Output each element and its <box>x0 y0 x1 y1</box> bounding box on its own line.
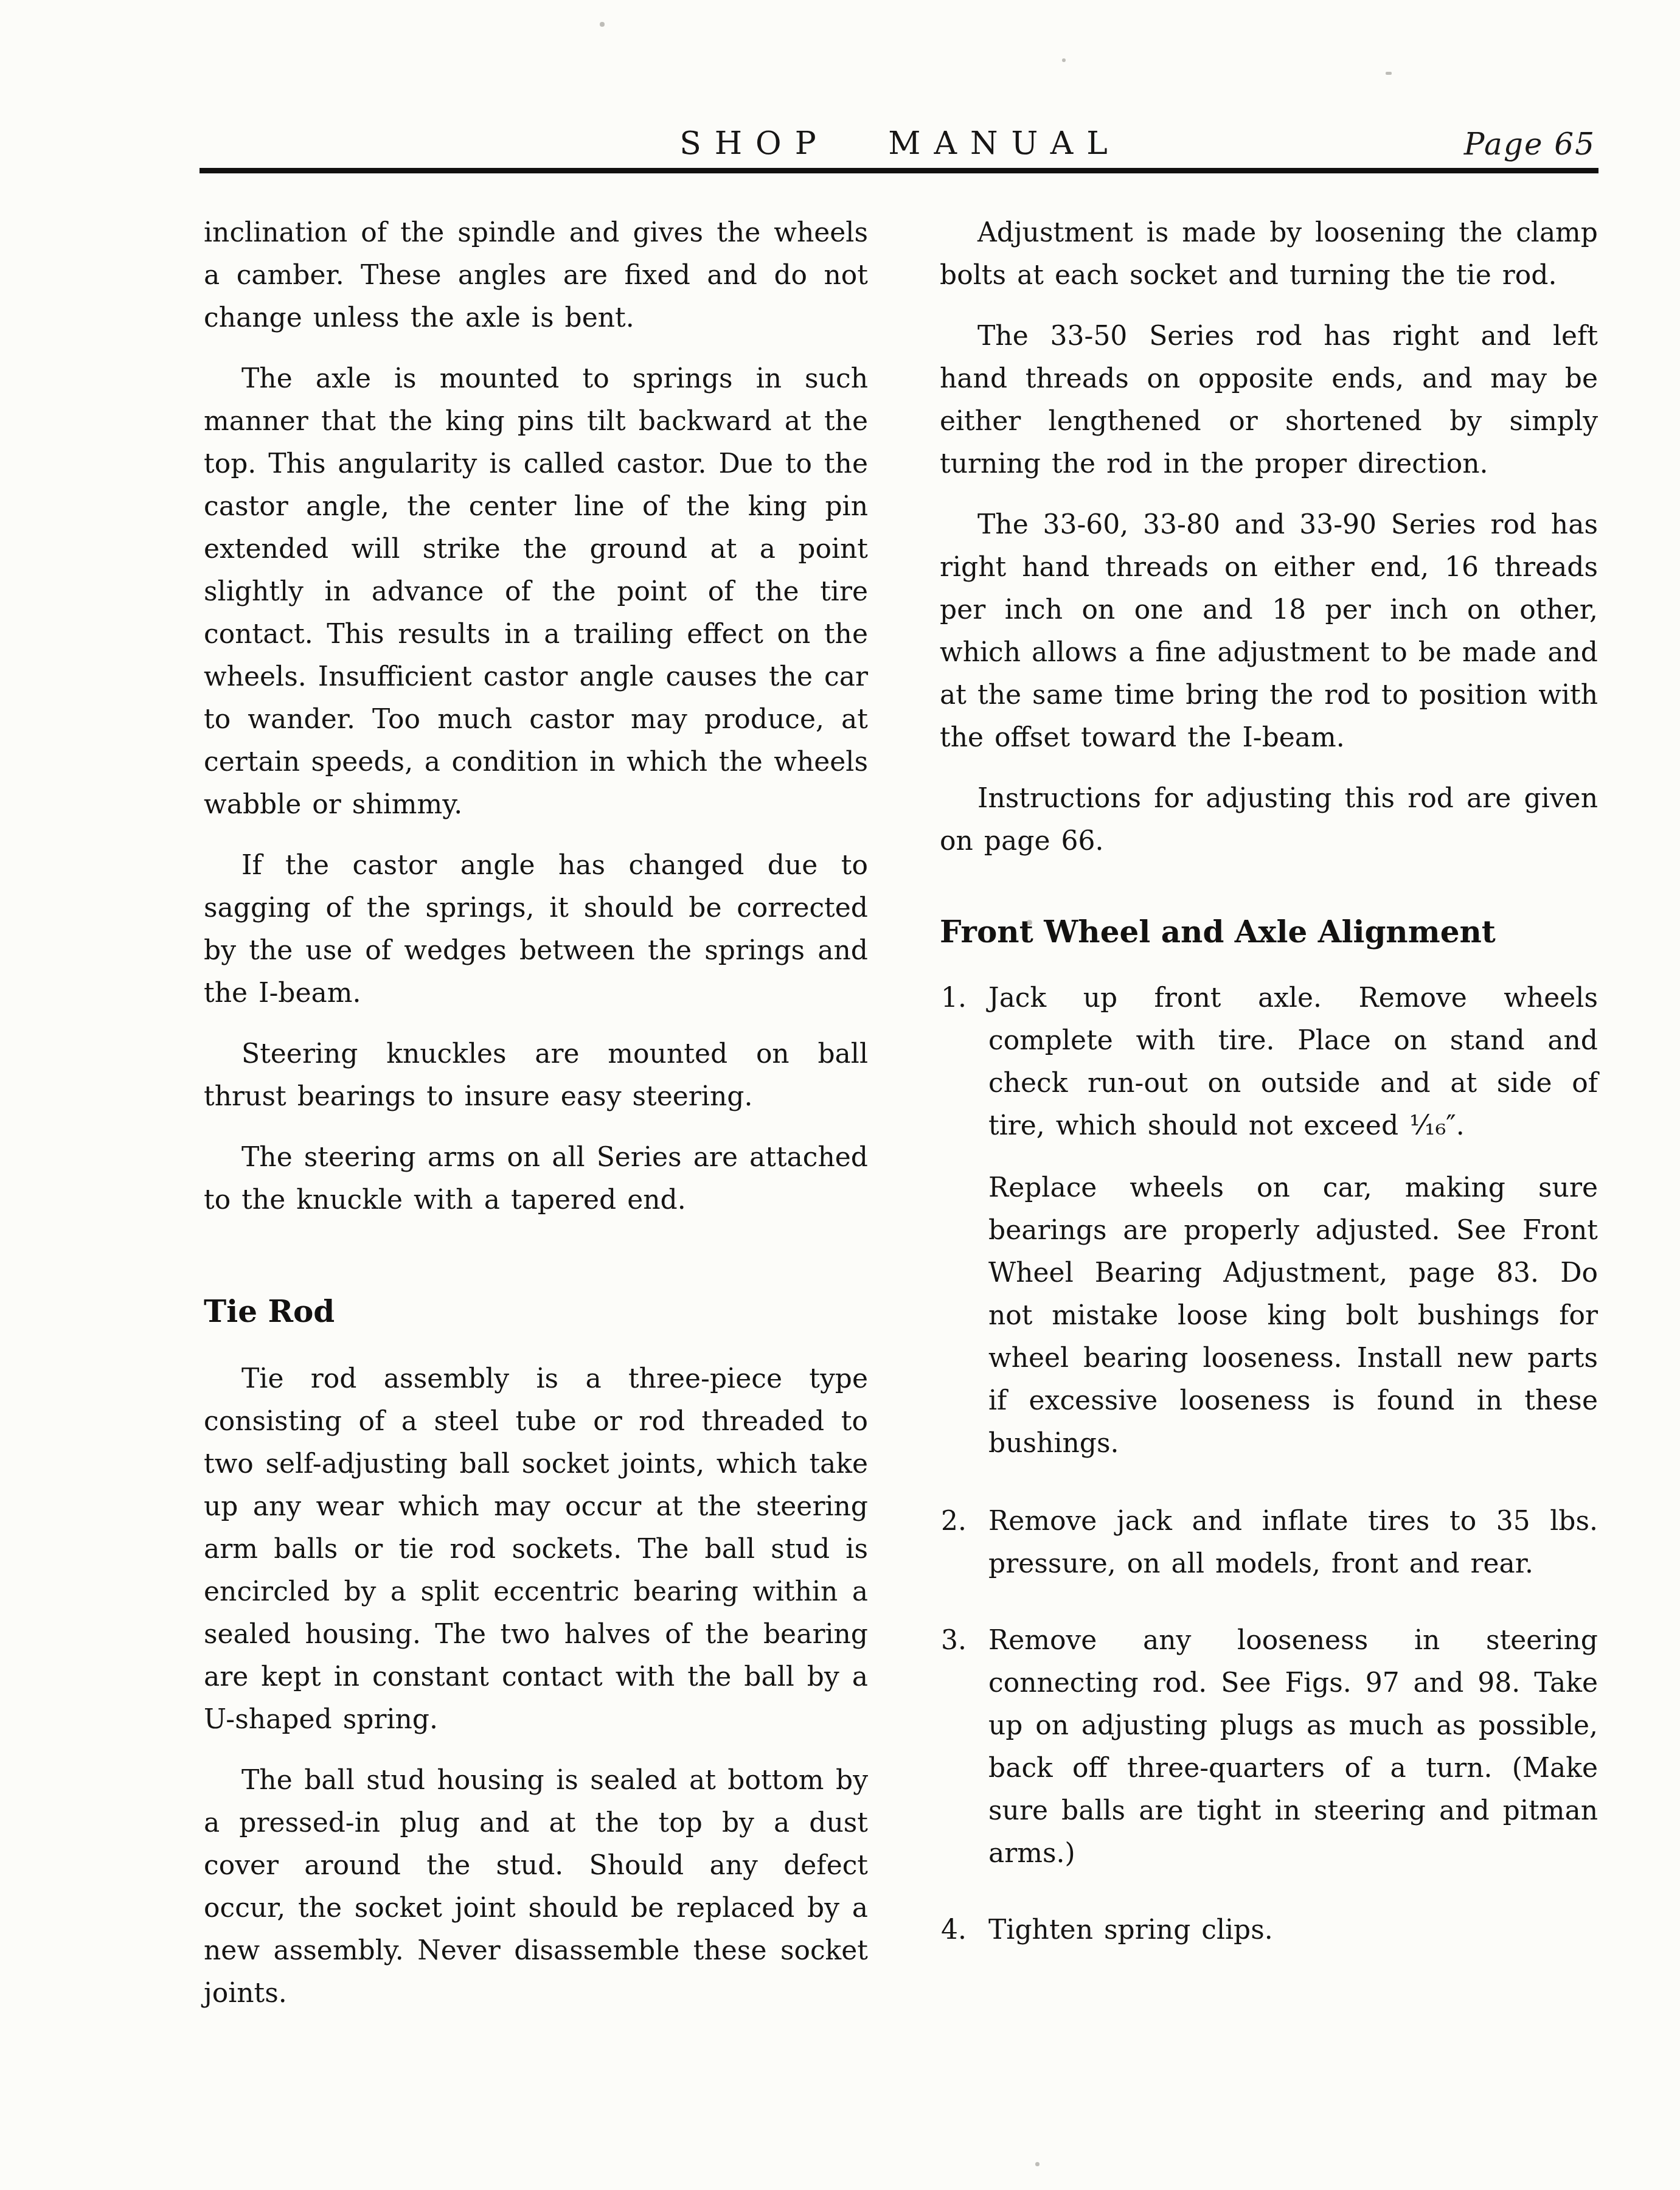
paragraph-3350-series: The 33-50 Series rod has right and left … <box>940 315 1598 485</box>
paragraph-3360-series: The 33-60, 33-80 and 33-90 Series rod ha… <box>940 504 1598 759</box>
list-item-number: 3. <box>941 1619 967 1662</box>
list-item-text: Remove jack and inflate tires to 35 lbs.… <box>988 1506 1598 1579</box>
section-heading-tie-rod: Tie Rod <box>204 1292 868 1331</box>
page-header: SHOP MANUAL Page 65 <box>204 125 1597 174</box>
scanned-manual-page: SHOP MANUAL Page 65 inclination of the s… <box>0 0 1680 2190</box>
page-title: SHOP MANUAL <box>204 125 1597 162</box>
list-item-text: Tighten spring clips. <box>988 1914 1273 1945</box>
paragraph-adjustment: Adjustment is made by loosening the clam… <box>940 212 1598 297</box>
page-number: Page 65 <box>1464 127 1595 162</box>
list-item-text: Replace wheels on car, making sure beari… <box>988 1172 1598 1459</box>
scan-speckle <box>1386 72 1392 75</box>
list-item-step-1: 1. Jack up front axle. Remove wheels com… <box>940 977 1598 1147</box>
paragraph-knuckles: Steering knuckles are mounted on ball th… <box>204 1033 868 1118</box>
list-item-step-4: 4. Tighten spring clips. <box>940 1909 1598 1952</box>
section-heading-alignment: Front Wheel and Axle Alignment <box>940 912 1598 951</box>
list-item-text: Jack up front axle. Remove wheels comple… <box>988 982 1598 1141</box>
list-item-step-2: 2. Remove jack and inflate tires to 35 l… <box>940 1500 1598 1585</box>
list-item-number: 4. <box>941 1909 967 1952</box>
list-item-number: 1. <box>941 977 967 1020</box>
scan-speckle <box>1035 2162 1040 2166</box>
scan-speckle <box>600 22 605 27</box>
list-item-number: 2. <box>941 1500 967 1543</box>
paragraph-steering-arms: The steering arms on all Series are atta… <box>204 1136 868 1222</box>
scan-speckle <box>1062 58 1066 62</box>
paragraph-tie-rod-assembly: Tie rod assembly is a three-piece type c… <box>204 1358 868 1741</box>
paragraph-ball-stud-housing: The ball stud housing is sealed at botto… <box>204 1759 868 2015</box>
paragraph-instructions: Instructions for adjusting this rod are … <box>940 777 1598 863</box>
paragraph-wedges: If the castor angle has changed due to s… <box>204 844 868 1015</box>
header-rule <box>200 168 1598 173</box>
list-item-text: Remove any looseness in steering connect… <box>988 1625 1598 1869</box>
right-column: Adjustment is made by loosening the clam… <box>940 212 1598 1986</box>
paragraph-castor: The axle is mounted to springs in such m… <box>204 358 868 826</box>
list-item-note: Replace wheels on car, making sure beari… <box>940 1167 1598 1465</box>
left-column: inclination of the spindle and gives the… <box>204 212 868 2033</box>
paragraph-inclination: inclination of the spindle and gives the… <box>204 212 868 339</box>
scan-speckle <box>1027 920 1032 925</box>
list-item-step-3: 3. Remove any looseness in steering conn… <box>940 1619 1598 1875</box>
